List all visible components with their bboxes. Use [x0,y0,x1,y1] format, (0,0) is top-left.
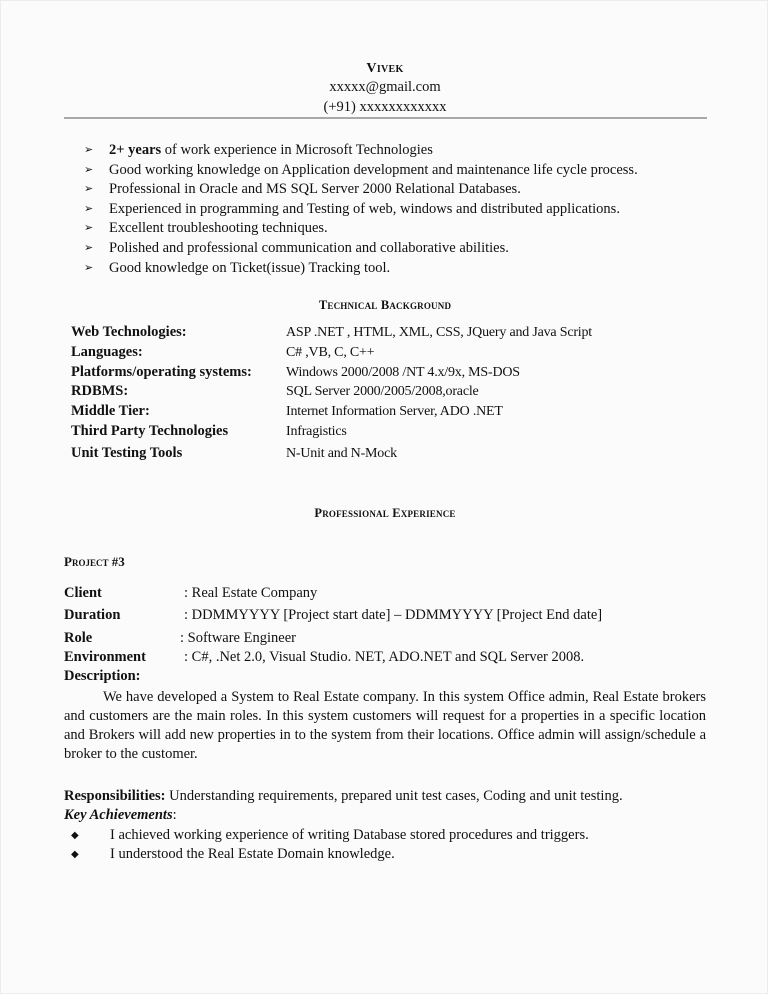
arrow-bullet-icon: ➢ [84,179,109,199]
arrow-bullet-icon: ➢ [84,238,109,258]
tech-value: Infragistics [286,422,347,442]
summary-item: ➢Excellent troubleshooting techniques. [84,218,638,238]
tech-row: Platforms/operating systems:Windows 2000… [71,362,520,382]
summary-item-text: Good knowledge on Ticket(issue) Tracking… [109,260,390,276]
arrow-bullet-icon: ➢ [84,140,109,160]
arrow-bullet-icon: ➢ [84,199,109,219]
achievement-text: I achieved working experience of writing… [110,827,589,843]
tech-row: Web Technologies:ASP .NET , HTML, XML, C… [71,322,592,342]
tech-row: Middle Tier:Internet Information Server,… [71,401,503,421]
tech-value: Internet Information Server, ADO .NET [286,402,503,422]
project-field-role: Role: Software Engineer [64,628,92,648]
resume-page: Vivek xxxxx@gmail.com (+91) xxxxxxxxxxxx… [0,0,768,994]
project-field-client: Client: Real Estate Company [64,583,102,603]
candidate-name: Vivek [1,61,768,77]
tech-row: Languages:C# ,VB, C, C++ [71,342,374,362]
tech-value: ASP .NET , HTML, XML, CSS, JQuery and Ja… [286,323,592,343]
tech-row: RDBMS:SQL Server 2000/2005/2008,oracle [71,381,479,401]
summary-item-text: Experienced in programming and Testing o… [109,201,620,217]
header-divider [64,117,707,119]
field-value: : C#, .Net 2.0, Visual Studio. NET, ADO.… [184,647,584,667]
tech-label: Languages: [71,342,286,362]
project-field-duration: Duration: DDMMYYYY [Project start date] … [64,605,120,625]
arrow-bullet-icon: ➢ [84,160,109,180]
key-achievements-heading: Key Achievements: [64,807,177,824]
arrow-bullet-icon: ➢ [84,258,109,278]
summary-item: ➢Good working knowledge on Application d… [84,160,638,180]
summary-item: ➢2+ years of work experience in Microsof… [84,140,638,160]
summary-item: ➢Polished and professional communication… [84,238,638,258]
field-value: : Software Engineer [180,628,296,648]
responsibilities-label: Responsibilities: [64,788,166,804]
tech-row: Unit Testing ToolsN-Unit and N-Mock [71,443,397,463]
field-value: : Real Estate Company [184,583,317,603]
tech-label: Middle Tier: [71,401,286,421]
diamond-bullet-icon: ◆ [71,845,110,864]
arrow-bullet-icon: ➢ [84,218,109,238]
candidate-email: xxxxx@gmail.com [1,79,768,96]
section-title-experience: Professional Experience [1,506,768,521]
tech-value: Windows 2000/2008 /NT 4.x/9x, MS-DOS [286,363,520,383]
key-achievements-label: Key Achievements [64,807,173,823]
tech-row: Third Party TechnologiesInfragistics [71,421,347,441]
field-label: Duration [64,605,120,625]
summary-list: ➢2+ years of work experience in Microsof… [84,140,638,277]
achievement-text: I understood the Real Estate Domain know… [110,846,395,862]
tech-value: C# ,VB, C, C++ [286,343,374,363]
field-label: Role [64,628,92,648]
summary-item: ➢Experienced in programming and Testing … [84,199,638,219]
candidate-phone: (+91) xxxxxxxxxxxx [1,99,768,116]
project-title: Project #3 [64,554,125,570]
summary-item-text: Excellent troubleshooting techniques. [109,220,328,236]
tech-label: Platforms/operating systems: [71,362,286,382]
field-label: Client [64,583,102,603]
tech-value: N-Unit and N-Mock [286,444,397,464]
responsibilities: Responsibilities: Understanding requirem… [64,788,623,805]
tech-label: Unit Testing Tools [71,443,286,463]
section-title-technical: Technical Background [1,298,768,313]
key-achievements-colon: : [173,807,177,823]
project-description: We have developed a System to Real Estat… [64,688,706,764]
field-label: Environment [64,647,146,667]
summary-item: ➢Good knowledge on Ticket(issue) Trackin… [84,258,638,278]
achievement-item: ◆I understood the Real Estate Domain kno… [71,845,395,864]
summary-item: ➢Professional in Oracle and MS SQL Serve… [84,179,638,199]
summary-item-text: of work experience in Microsoft Technolo… [161,142,433,158]
summary-item-emphasis: 2+ years [109,142,161,158]
project-field-environment: Environment: C#, .Net 2.0, Visual Studio… [64,647,146,667]
field-value: : DDMMYYYY [Project start date] – DDMMYY… [184,605,602,625]
summary-item-text: Good working knowledge on Application de… [109,162,638,178]
summary-item-text: Polished and professional communication … [109,240,509,256]
achievement-item: ◆I achieved working experience of writin… [71,826,589,845]
tech-label: Web Technologies: [71,322,286,342]
responsibilities-text: Understanding requirements, prepared uni… [166,788,623,804]
description-label: Description: [64,668,141,685]
tech-label: Third Party Technologies [71,421,286,441]
tech-label: RDBMS: [71,381,286,401]
tech-value: SQL Server 2000/2005/2008,oracle [286,382,479,402]
diamond-bullet-icon: ◆ [71,826,110,845]
summary-item-text: Professional in Oracle and MS SQL Server… [109,181,521,197]
